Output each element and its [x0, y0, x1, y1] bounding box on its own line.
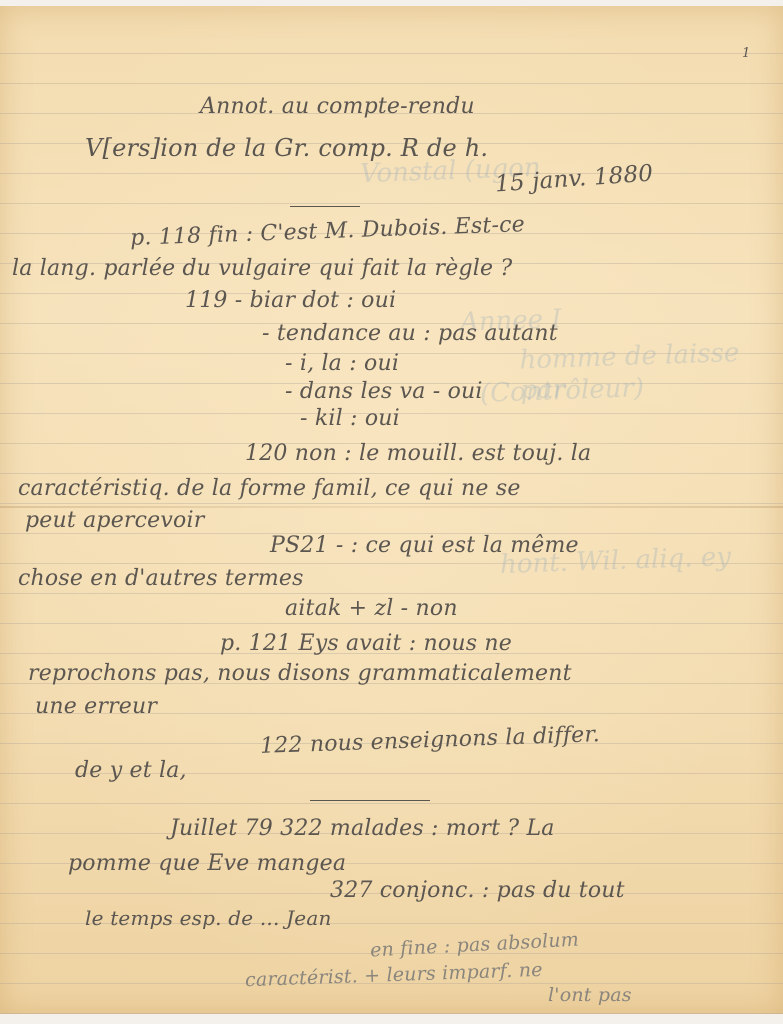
overline-mark: [310, 800, 430, 801]
note-line: - i, la : oui: [285, 351, 399, 376]
note-line: PS21 - : ce qui est la même: [270, 533, 579, 558]
note-line: reprochons pas, nous disons grammaticale…: [28, 661, 572, 686]
note-line: l'ont pas: [548, 984, 632, 1006]
note-line: Juillet 79 322 malades : mort ? La: [170, 816, 555, 841]
note-line: pomme que Eve mangea: [68, 851, 346, 876]
note-line: le temps esp. de ... Jean: [85, 906, 332, 930]
note-line: - kil : oui: [300, 406, 400, 431]
header-line-1: Annot. au compte-rendu: [200, 94, 475, 119]
note-line: une erreur: [35, 694, 157, 719]
note-line: 327 conjonc. : pas du tout: [330, 878, 625, 903]
note-line: p. 121 Eys avait : nous ne: [220, 631, 512, 656]
note-line: 119 - biar dot : oui: [185, 288, 396, 313]
note-line: - dans les va - oui: [285, 379, 483, 404]
manuscript-page: Vonstal (ugon Annee I homme de laisse pa…: [0, 6, 783, 1014]
note-line: chose en d'autres termes: [18, 566, 304, 591]
note-line: caractéristiq. de la forme famil, ce qui…: [18, 476, 521, 501]
overline-mark: [290, 206, 360, 207]
header-line-2: V[ers]ion de la Gr. comp. R de h.: [85, 134, 488, 162]
note-line: 120 non : le mouill. est touj. la: [245, 441, 591, 466]
page-number: 1: [742, 46, 750, 61]
note-line: de y et la,: [75, 758, 187, 783]
bleed-through-text: (Contrôleur): [480, 373, 645, 409]
note-line: peut apercevoir: [25, 508, 204, 533]
note-line: la lang. parlée du vulgaire qui fait la …: [12, 256, 512, 281]
note-line: aitak + zl - non: [285, 596, 458, 621]
note-line: - tendance au : pas autant: [262, 321, 558, 346]
